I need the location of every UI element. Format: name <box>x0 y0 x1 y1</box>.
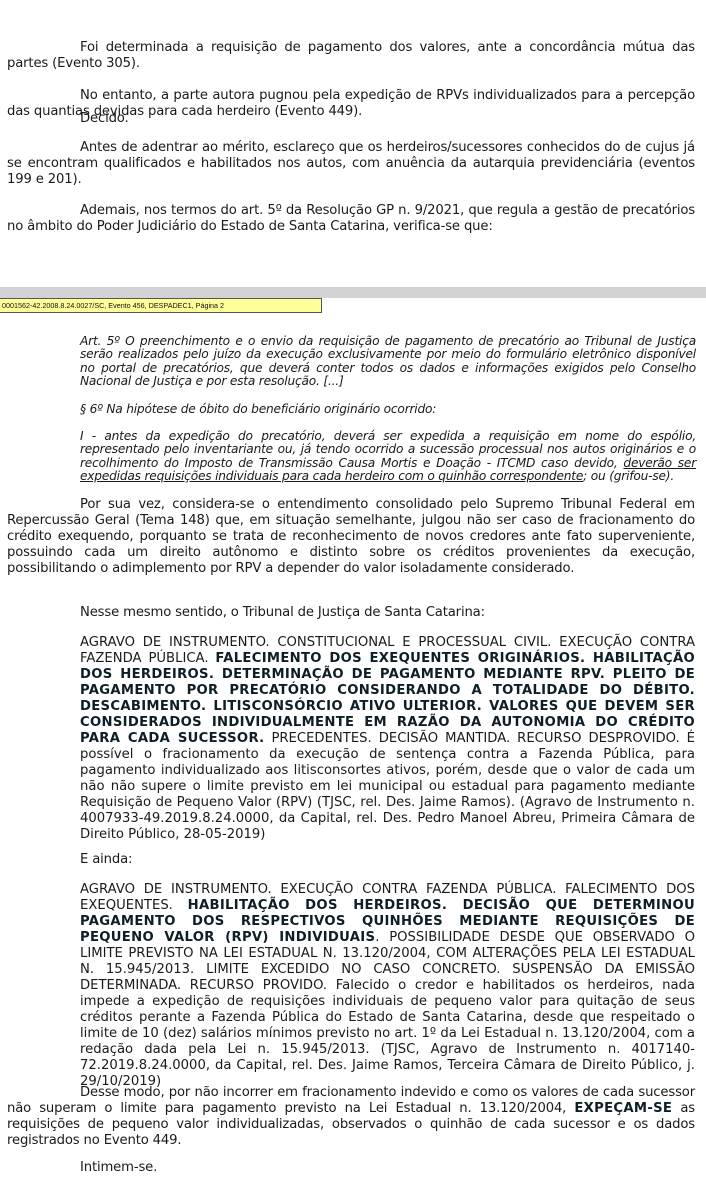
paragraph-e-ainda: E ainda: <box>80 852 695 868</box>
quote-inciso-1-text: I - antes da expedição do precatório, de… <box>80 429 696 470</box>
ementa-1: AGRAVO DE INSTRUMENTO. CONSTITUCIONAL E … <box>80 635 695 843</box>
ementa-2-body: . POSSIBILIDADE DESDE QUE OBSERVADO O LI… <box>80 930 695 1089</box>
conclusion-order: EXPEÇAM-SE <box>574 1101 672 1116</box>
ementa-2: AGRAVO DE INSTRUMENTO. EXECUÇÃO CONTRA F… <box>80 882 695 1090</box>
paragraph-stf-tema-148: Por sua vez, considera-se o entendimento… <box>7 497 695 577</box>
quote-inciso-1: I - antes da expedição do precatório, de… <box>80 430 696 483</box>
quote-paragraph-6: § 6º Na hipótese de óbito do beneficiári… <box>80 403 696 416</box>
quote-inciso-1-suffix: ; ou (grifou-se). <box>583 469 674 483</box>
paragraph-tjsc-intro: Nesse mesmo sentido, o Tribunal de Justi… <box>80 605 695 621</box>
paragraph-requisicao: Foi determinada a requisição de pagament… <box>7 40 695 72</box>
paragraph-decido: Decido. <box>7 111 695 127</box>
paragraph-conclusion: Desse modo, por não incorrer em fraciona… <box>7 1085 695 1149</box>
page-separator <box>0 287 706 298</box>
quote-art-5: Art. 5º O preenchimento e o envio da req… <box>80 335 696 388</box>
paragraph-herdeiros-habilitados: Antes de adentrar ao mérito, esclareço q… <box>7 140 695 188</box>
page-stamp: 0001562-42.2008.8.24.0027/SC, Evento 456… <box>0 298 322 313</box>
paragraph-resolucao-gp: Ademais, nos termos do art. 5º da Resolu… <box>7 203 695 235</box>
ementa-1-body: PRECEDENTES. DECISÃO MANTIDA. RECURSO DE… <box>80 731 695 842</box>
paragraph-intimem-se: Intimem-se. <box>7 1160 695 1176</box>
